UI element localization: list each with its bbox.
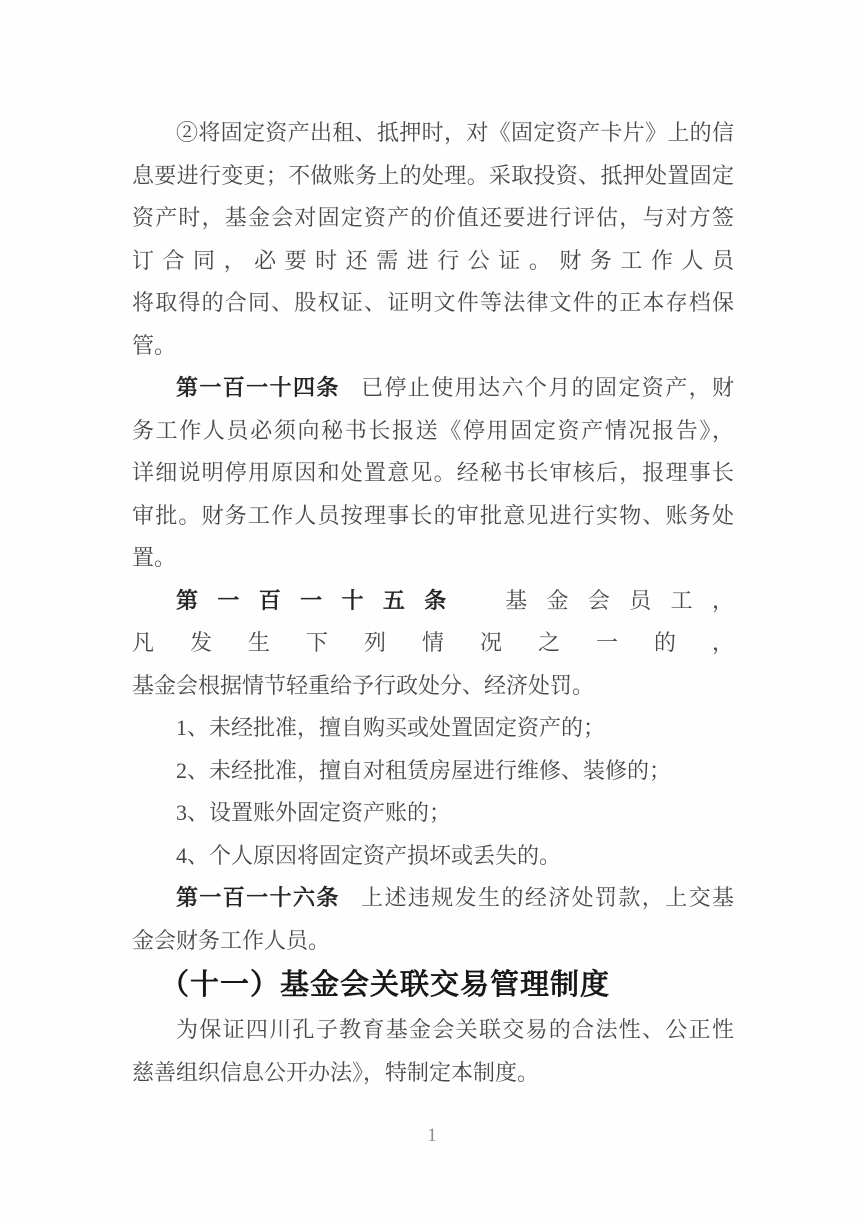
section-heading: （十一）基金会关联交易管理制度 [132,962,734,1009]
text-line: 详细说明停用原因和处置意见。经秘书长审核后，报理事长 [132,452,734,495]
clause-number: 第一百一十六条 [176,885,340,910]
line-text: 将取得的合同、股权证、证明文件等法律文件的正本存档保 [132,290,734,315]
document-page: ②将固定资产出租、抵押时，对《固定资产卡片》上的信息要进行变更；不做账务上的处理… [0,0,864,1222]
line-text: 为保证四川孔子教育基金会关联交易的合法性、公正性 [176,1017,734,1042]
text-line: 基金会根据情节轻重给予行政处分、经济处罚。 [132,665,734,708]
line-text: 凡发生下列情况之一的， [132,630,734,655]
text-line: 金会财务工作人员。 [132,920,734,963]
line-text: 基金会员工， [486,588,734,613]
line-text: 置。 [132,545,176,570]
line-text: （十一）基金会关联交易管理制度 [160,969,610,1001]
line-text: 1、未经批准，擅自购买或处置固定资产的； [176,715,605,740]
line-text: 管。 [132,333,176,358]
text-line: 第一百一十四条已停止使用达六个月的固定资产，财 [132,367,734,410]
line-text: 慈善组织信息公开办法》，特制定本制度。 [132,1060,539,1085]
line-text: ②将固定资产出租、抵押时，对《固定资产卡片》上的信 [176,120,734,145]
text-line: 为保证四川孔子教育基金会关联交易的合法性、公正性 [132,1009,734,1052]
text-line: 管。 [132,325,734,368]
text-line: 2、未经批准，擅自对租赁房屋进行维修、装修的； [132,750,734,793]
text-line: 4、个人原因将固定资产损坏或丢失的。 [132,835,734,878]
line-text: 审批。财务工作人员按理事长的审批意见进行实物、账务处 [132,503,734,528]
text-line: 置。 [132,537,734,580]
text-line: 凡发生下列情况之一的， [132,622,734,665]
text-line: 审批。财务工作人员按理事长的审批意见进行实物、账务处 [132,495,734,538]
text-line: 第一百一十五条基金会员工， [132,580,734,623]
line-text: 资产时，基金会对固定资产的价值还要进行评估，与对方签 [132,205,734,230]
text-line: 资产时，基金会对固定资产的价值还要进行评估，与对方签 [132,197,734,240]
text-line: 慈善组织信息公开办法》，特制定本制度。 [132,1052,734,1095]
line-text: 详细说明停用原因和处置意见。经秘书长审核后，报理事长 [132,460,734,485]
page-number: 1 [0,1122,864,1150]
text-line: 息要进行变更；不做账务上的处理。采取投资、抵押处置固定 [132,155,734,198]
line-text: 2、未经批准，擅自对租赁房屋进行维修、装修的； [176,758,671,783]
document-body: ②将固定资产出租、抵押时，对《固定资产卡片》上的信息要进行变更；不做账务上的处理… [132,112,734,1094]
text-line: 订合同，必要时还需进行公证。财务工作人员 [132,240,734,283]
text-line: 1、未经批准，擅自购买或处置固定资产的； [132,707,734,750]
clause-number: 第一百一十四条 [176,375,340,400]
line-text: 已停止使用达六个月的固定资产，财 [360,375,734,400]
clause-number: 第一百一十五条 [176,588,466,613]
text-line: 务工作人员必须向秘书长报送《停用固定资产情况报告》， [132,410,734,453]
line-text: 基金会根据情节轻重给予行政处分、经济处罚。 [132,673,594,698]
text-line: ②将固定资产出租、抵押时，对《固定资产卡片》上的信 [132,112,734,155]
line-text: 金会财务工作人员。 [132,928,330,953]
text-line: 第一百一十六条上述违规发生的经济处罚款，上交基 [132,877,734,920]
line-text: 息要进行变更；不做账务上的处理。采取投资、抵押处置固定 [132,163,734,188]
line-text: 订合同，必要时还需进行公证。财务工作人员 [132,248,734,273]
text-line: 3、设置账外固定资产账的； [132,792,734,835]
line-text: 3、设置账外固定资产账的； [176,800,451,825]
text-line: 将取得的合同、股权证、证明文件等法律文件的正本存档保 [132,282,734,325]
line-text: 上述违规发生的经济处罚款，上交基 [360,885,734,910]
line-text: 务工作人员必须向秘书长报送《停用固定资产情况报告》， [132,418,734,443]
line-text: 4、个人原因将固定资产损坏或丢失的。 [176,843,561,868]
